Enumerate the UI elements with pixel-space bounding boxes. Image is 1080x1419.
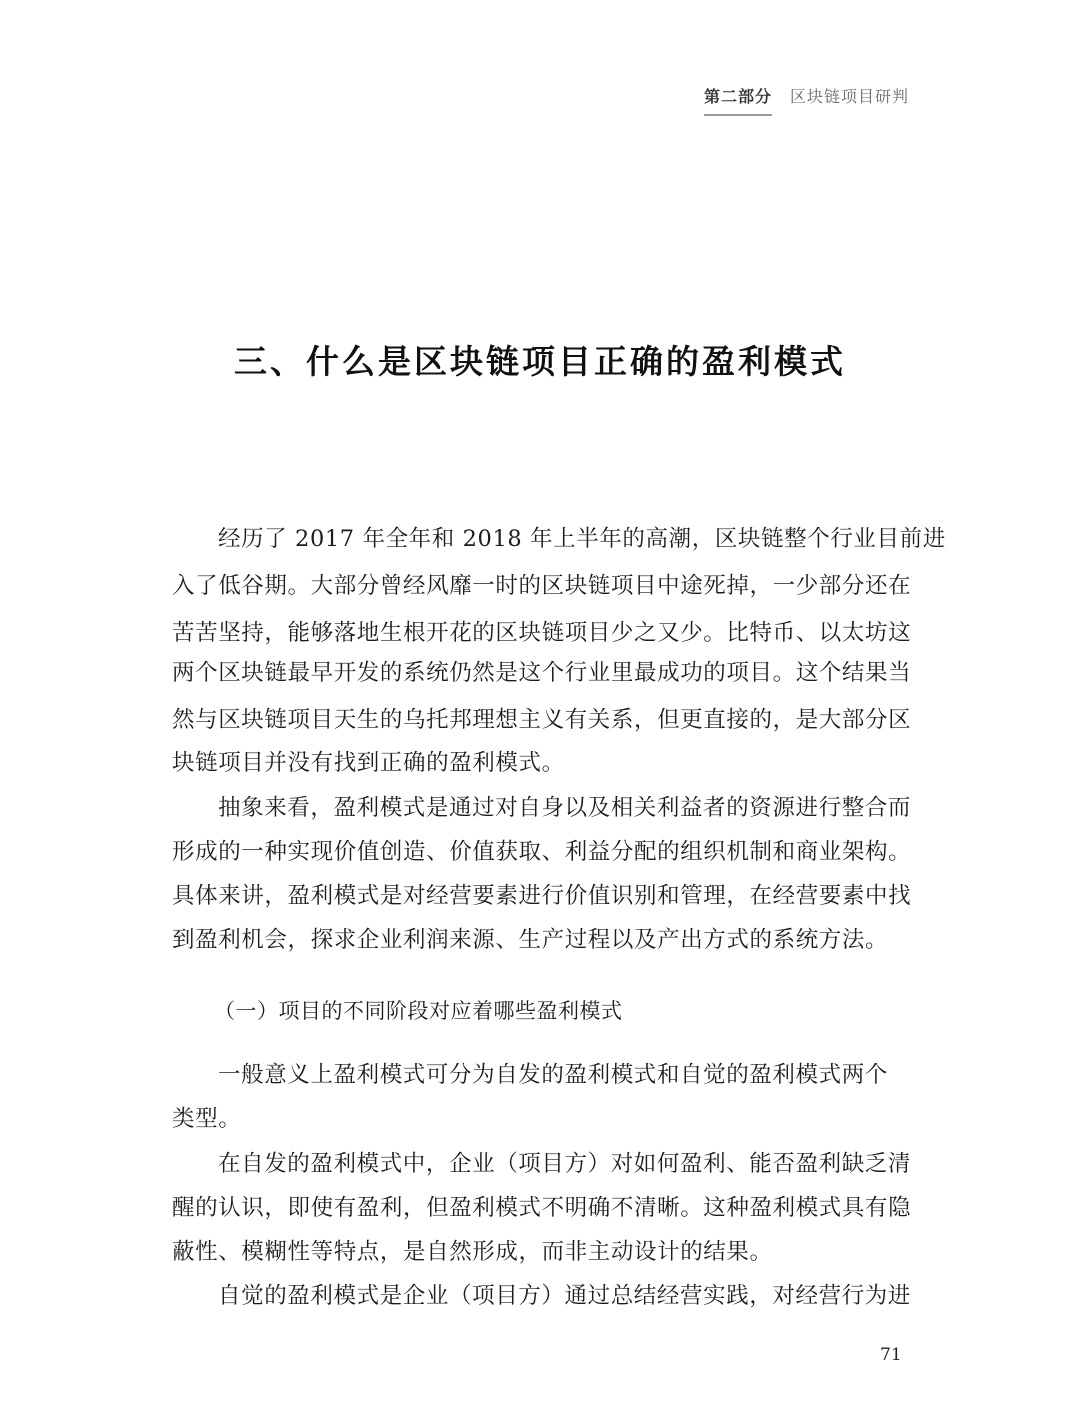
paragraph-line: 两个区块链最早开发的系统仍然是这个行业里最成功的项目。这个结果当	[172, 662, 912, 685]
running-header: 第二部分 区块链项目研判	[704, 84, 909, 107]
paragraph-line: 苦苦坚持，能够落地生根开花的区块链项目少之又少。比特币、以太坊这	[172, 622, 912, 645]
chapter-title: 三、什么是区块链项目正确的盈利模式	[0, 336, 1080, 383]
paragraph-line: 蔽性、模糊性等特点，是自然形成，而非主动设计的结果。	[172, 1241, 912, 1264]
header-section-label: 区块链项目研判	[790, 84, 909, 107]
page-number: 71	[880, 1345, 902, 1365]
paragraph-line: 入了低谷期。大部分曾经风靡一时的区块链项目中途死掉，一少部分还在	[172, 575, 912, 598]
paragraph-line: 到盈利机会，探求企业利润来源、生产过程以及产出方式的系统方法。	[172, 929, 912, 952]
paragraph-line: 然与区块链项目天生的乌托邦理想主义有关系，但更直接的，是大部分区	[172, 709, 912, 732]
paragraph-line: 自觉的盈利模式是企业（项目方）通过总结经营实践，对经营行为进	[218, 1285, 912, 1308]
paragraph-line: 类型。	[172, 1108, 912, 1131]
paragraph-line: 醒的认识，即使有盈利，但盈利模式不明确不清晰。这种盈利模式具有隐	[172, 1197, 912, 1220]
paragraph-line: 块链项目并没有找到正确的盈利模式。	[172, 752, 912, 775]
paragraph-line: 在自发的盈利模式中，企业（项目方）对如何盈利、能否盈利缺乏清	[218, 1153, 912, 1176]
header-part-label: 第二部分	[704, 84, 772, 107]
paragraph-line: 形成的一种实现价值创造、价值获取、利益分配的组织机制和商业架构。	[172, 841, 912, 864]
paragraph-line: 经历了 2017 年全年和 2018 年上半年的高潮，区块链整个行业目前进	[218, 528, 912, 551]
paragraph-line: 一般意义上盈利模式可分为自发的盈利模式和自觉的盈利模式两个	[218, 1064, 912, 1087]
section-heading: （一）项目的不同阶段对应着哪些盈利模式	[214, 995, 623, 1025]
paragraph-line: 抽象来看，盈利模式是通过对自身以及相关利益者的资源进行整合而	[218, 797, 912, 820]
paragraph-line: 具体来讲，盈利模式是对经营要素进行价值识别和管理，在经营要素中找	[172, 885, 912, 908]
